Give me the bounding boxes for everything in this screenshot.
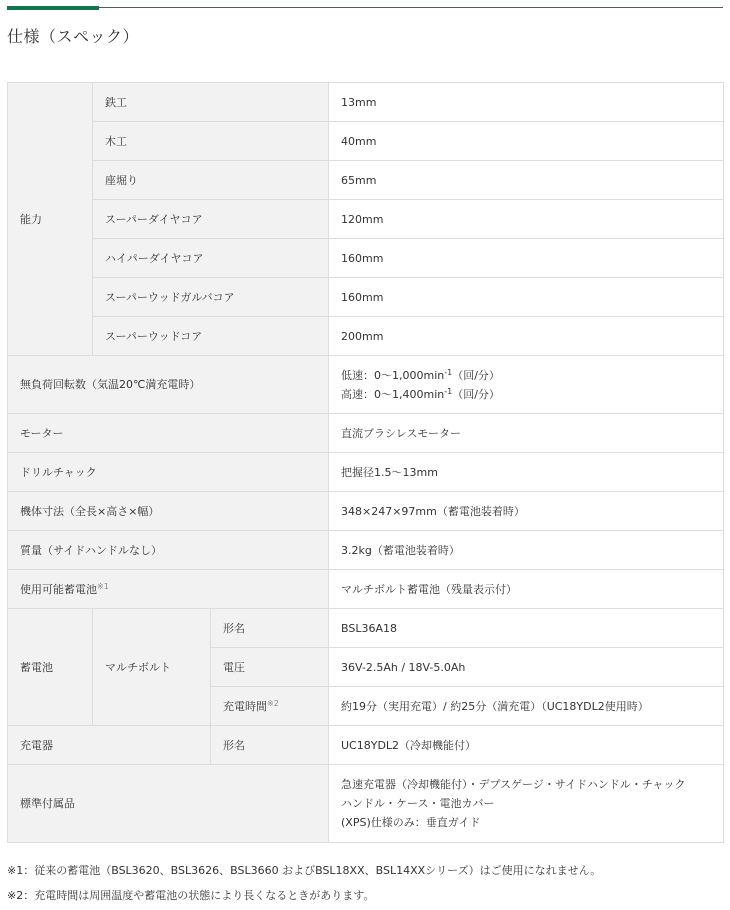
cell-value: 348×247×97mm（蓄電池装着時） <box>329 492 724 531</box>
cell-value: 13mm <box>329 83 724 122</box>
cell-value: BSL36A18 <box>329 609 724 648</box>
table-row: 無負荷回転数（気温20℃満充電時） 低速：0～1,000min-1（回/分） 高… <box>8 356 724 414</box>
row-subheader: スーパーダイヤコア <box>93 200 329 239</box>
speed-high: 高速：0～1,400min-1（回/分） <box>341 385 723 404</box>
row-subheader: 電圧 <box>211 648 329 687</box>
cell-value: 把握径1.5～13mm <box>329 453 724 492</box>
row-header-accessories: 標準付属品 <box>8 765 329 843</box>
row-subheader: 木工 <box>93 122 329 161</box>
table-row: スーパーウッドガルバコア 160mm <box>8 278 724 317</box>
footnote-ref: ※1 <box>97 582 109 591</box>
table-row: 質量（サイドハンドルなし） 3.2kg（蓄電池装着時） <box>8 531 724 570</box>
cell-value: 65mm <box>329 161 724 200</box>
cell-value: 160mm <box>329 278 724 317</box>
row-subheader: 充電時間※2 <box>211 687 329 726</box>
row-subheader: 座堀り <box>93 161 329 200</box>
cell-value-accessories: 急速充電器（冷却機能付）・デプスゲージ・サイドハンドル・チャック ハンドル・ケー… <box>329 765 724 843</box>
footnote-ref: ※2 <box>267 699 279 708</box>
table-row: 充電器 形名 UC18YDL2（冷却機能付） <box>8 726 724 765</box>
cell-value: 160mm <box>329 239 724 278</box>
table-row: ドリルチャック 把握径1.5～13mm <box>8 453 724 492</box>
table-row: スーパーウッドコア 200mm <box>8 317 724 356</box>
cell-value: 約19分（実用充電）/ 約25分（満充電）（UC18YDL2使用時） <box>329 687 724 726</box>
table-row: 木工 40mm <box>8 122 724 161</box>
row-header-battery: 蓄電池 <box>8 609 93 726</box>
row-header-motor: モーター <box>8 414 329 453</box>
table-row: 蓄電池 マルチボルト 形名 BSL36A18 <box>8 609 724 648</box>
row-subheader: 鉄工 <box>93 83 329 122</box>
cell-value: マルチボルト蓄電池（残量表示付） <box>329 570 724 609</box>
table-row: 標準付属品 急速充電器（冷却機能付）・デプスゲージ・サイドハンドル・チャック ハ… <box>8 765 724 843</box>
row-subheader: スーパーウッドコア <box>93 317 329 356</box>
page-title: 仕様（スペック） <box>7 24 139 47</box>
row-header-dimensions: 機体寸法（全長×高さ×幅） <box>8 492 329 531</box>
row-subheader-battery-type: マルチボルト <box>93 609 211 726</box>
section-divider <box>7 7 723 8</box>
row-subheader: 形名 <box>211 726 329 765</box>
table-row: 座堀り 65mm <box>8 161 724 200</box>
row-header-weight: 質量（サイドハンドルなし） <box>8 531 329 570</box>
row-subheader: 形名 <box>211 609 329 648</box>
cell-value: 直流ブラシレスモーター <box>329 414 724 453</box>
section-accent-bar <box>7 6 99 10</box>
table-row: スーパーダイヤコア 120mm <box>8 200 724 239</box>
cell-value-speed: 低速：0～1,000min-1（回/分） 高速：0～1,400min-1（回/分… <box>329 356 724 414</box>
footnotes: ※1：従来の蓄電池（BSL3620、BSL3626、BSL3660 およびBSL… <box>7 862 601 910</box>
table-row: 機体寸法（全長×高さ×幅） 348×247×97mm（蓄電池装着時） <box>8 492 724 531</box>
row-header-capacity: 能力 <box>8 83 93 356</box>
row-header-chuck: ドリルチャック <box>8 453 329 492</box>
table-row: モーター 直流ブラシレスモーター <box>8 414 724 453</box>
cell-value: 36V-2.5Ah / 18V-5.0Ah <box>329 648 724 687</box>
row-subheader: スーパーウッドガルバコア <box>93 278 329 317</box>
cell-value: 120mm <box>329 200 724 239</box>
speed-low: 低速：0～1,000min-1（回/分） <box>341 366 723 385</box>
cell-value: 3.2kg（蓄電池装着時） <box>329 531 724 570</box>
table-row: 使用可能蓄電池※1 マルチボルト蓄電池（残量表示付） <box>8 570 724 609</box>
row-header-no-load-speed: 無負荷回転数（気温20℃満充電時） <box>8 356 329 414</box>
footnote-2: ※2：充電時間は周囲温度や蓄電池の状態により長くなるときがあります。 <box>7 887 601 910</box>
row-subheader: ハイパーダイヤコア <box>93 239 329 278</box>
footnote-1: ※1：従来の蓄電池（BSL3620、BSL3626、BSL3660 およびBSL… <box>7 862 601 887</box>
spec-table: 能力 鉄工 13mm 木工 40mm 座堀り 65mm スーパーダイヤコア 12… <box>7 82 724 843</box>
table-row: ハイパーダイヤコア 160mm <box>8 239 724 278</box>
cell-value: 40mm <box>329 122 724 161</box>
row-header-usable-battery: 使用可能蓄電池※1 <box>8 570 329 609</box>
cell-value: UC18YDL2（冷却機能付） <box>329 726 724 765</box>
row-header-charger: 充電器 <box>8 726 211 765</box>
cell-value: 200mm <box>329 317 724 356</box>
table-row: 能力 鉄工 13mm <box>8 83 724 122</box>
